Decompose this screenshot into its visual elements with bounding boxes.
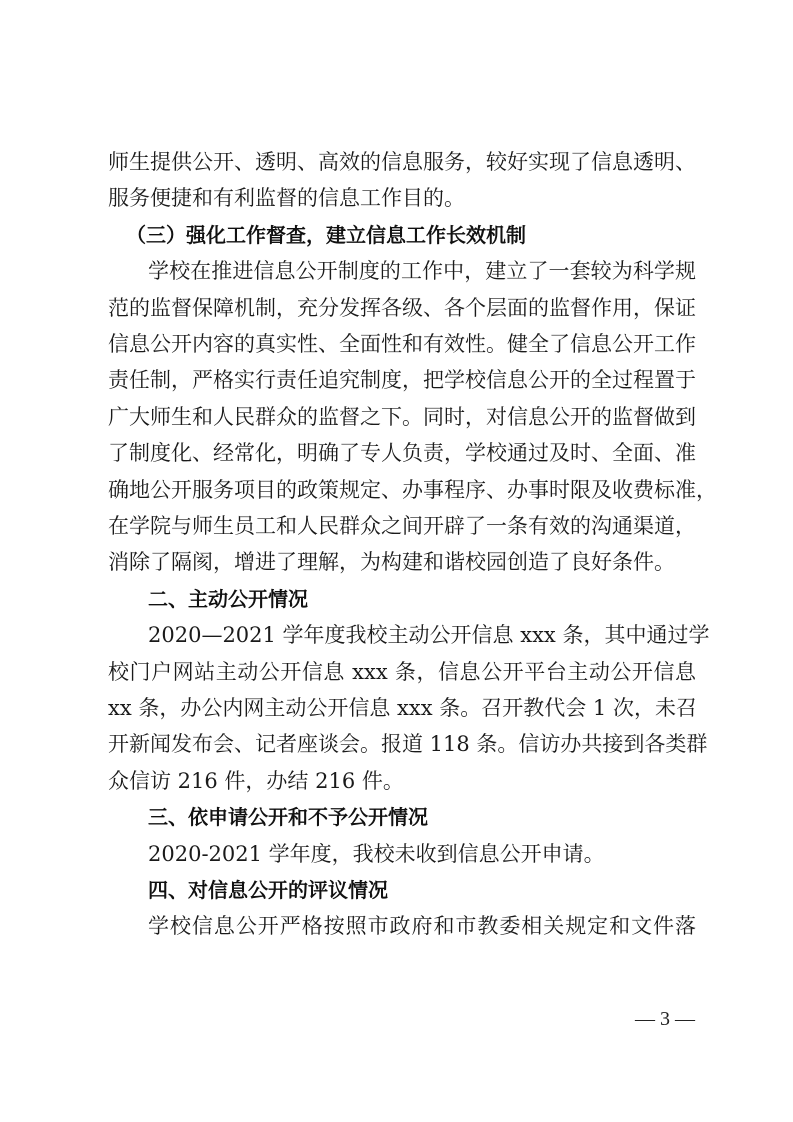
paragraph-line: 信息公开内容的真实性、全面性和有效性。健全了信息公开工作 (108, 326, 696, 362)
section-heading: 三、依申请公开和不予公开情况 (148, 799, 696, 835)
document-page: 师生提供公开、透明、高效的信息服务，较好实现了信息透明、服务便捷和有利监督的信息… (0, 0, 793, 1122)
paragraph-line: 范的监督保障机制，充分发挥各级、各个层面的监督作用，保证 (108, 290, 696, 326)
section-heading: 二、主动公开情况 (148, 581, 696, 617)
paragraph-line: 2020-2021 学年度，我校未收到信息公开申请。 (148, 836, 696, 872)
paragraph-line: 学校信息公开严格按照市政府和市教委相关规定和文件落 (148, 908, 696, 944)
page-number: — 3 — (620, 1008, 710, 1031)
paragraph-line: 责任制，严格实行责任追究制度，把学校信息公开的全过程置于 (108, 362, 696, 398)
paragraph-line: 2020—2021 学年度我校主动公开信息 xxx 条，其中通过学 (148, 617, 696, 653)
paragraph-line: 众信访 216 件，办结 216 件。 (108, 763, 696, 799)
paragraph-line: 了制度化、经常化，明确了专人负责，学校通过及时、全面、准 (108, 435, 696, 471)
paragraph-line: 校门户网站主动公开信息 xxx 条，信息公开平台主动公开信息 (108, 654, 696, 690)
paragraph-line: 确地公开服务项目的政策规定、办事程序、办事时限及收费标准， (108, 472, 696, 508)
paragraph-line: 消除了隔阂，增进了理解，为构建和谐校园创造了良好条件。 (108, 544, 696, 580)
paragraph-line: 开新闻发布会、记者座谈会。报道 118 条。信访办共接到各类群 (108, 726, 696, 762)
paragraph-line: 学校在推进信息公开制度的工作中，建立了一套较为科学规 (148, 253, 696, 289)
section-heading: （三）强化工作督查，建立信息工作长效机制 (126, 217, 714, 253)
paragraph-line: 在学院与师生员工和人民群众之间开辟了一条有效的沟通渠道， (108, 508, 696, 544)
paragraph-line: 师生提供公开、透明、高效的信息服务，较好实现了信息透明、 (108, 144, 696, 180)
paragraph-line: 广大师生和人民群众的监督之下。同时，对信息公开的监督做到 (108, 399, 696, 435)
paragraph-line: xx 条，办公内网主动公开信息 xxx 条。召开教代会 1 次，未召 (108, 690, 696, 726)
paragraph-line: 服务便捷和有利监督的信息工作目的。 (108, 180, 696, 216)
section-heading: 四、对信息公开的评议情况 (148, 872, 696, 908)
